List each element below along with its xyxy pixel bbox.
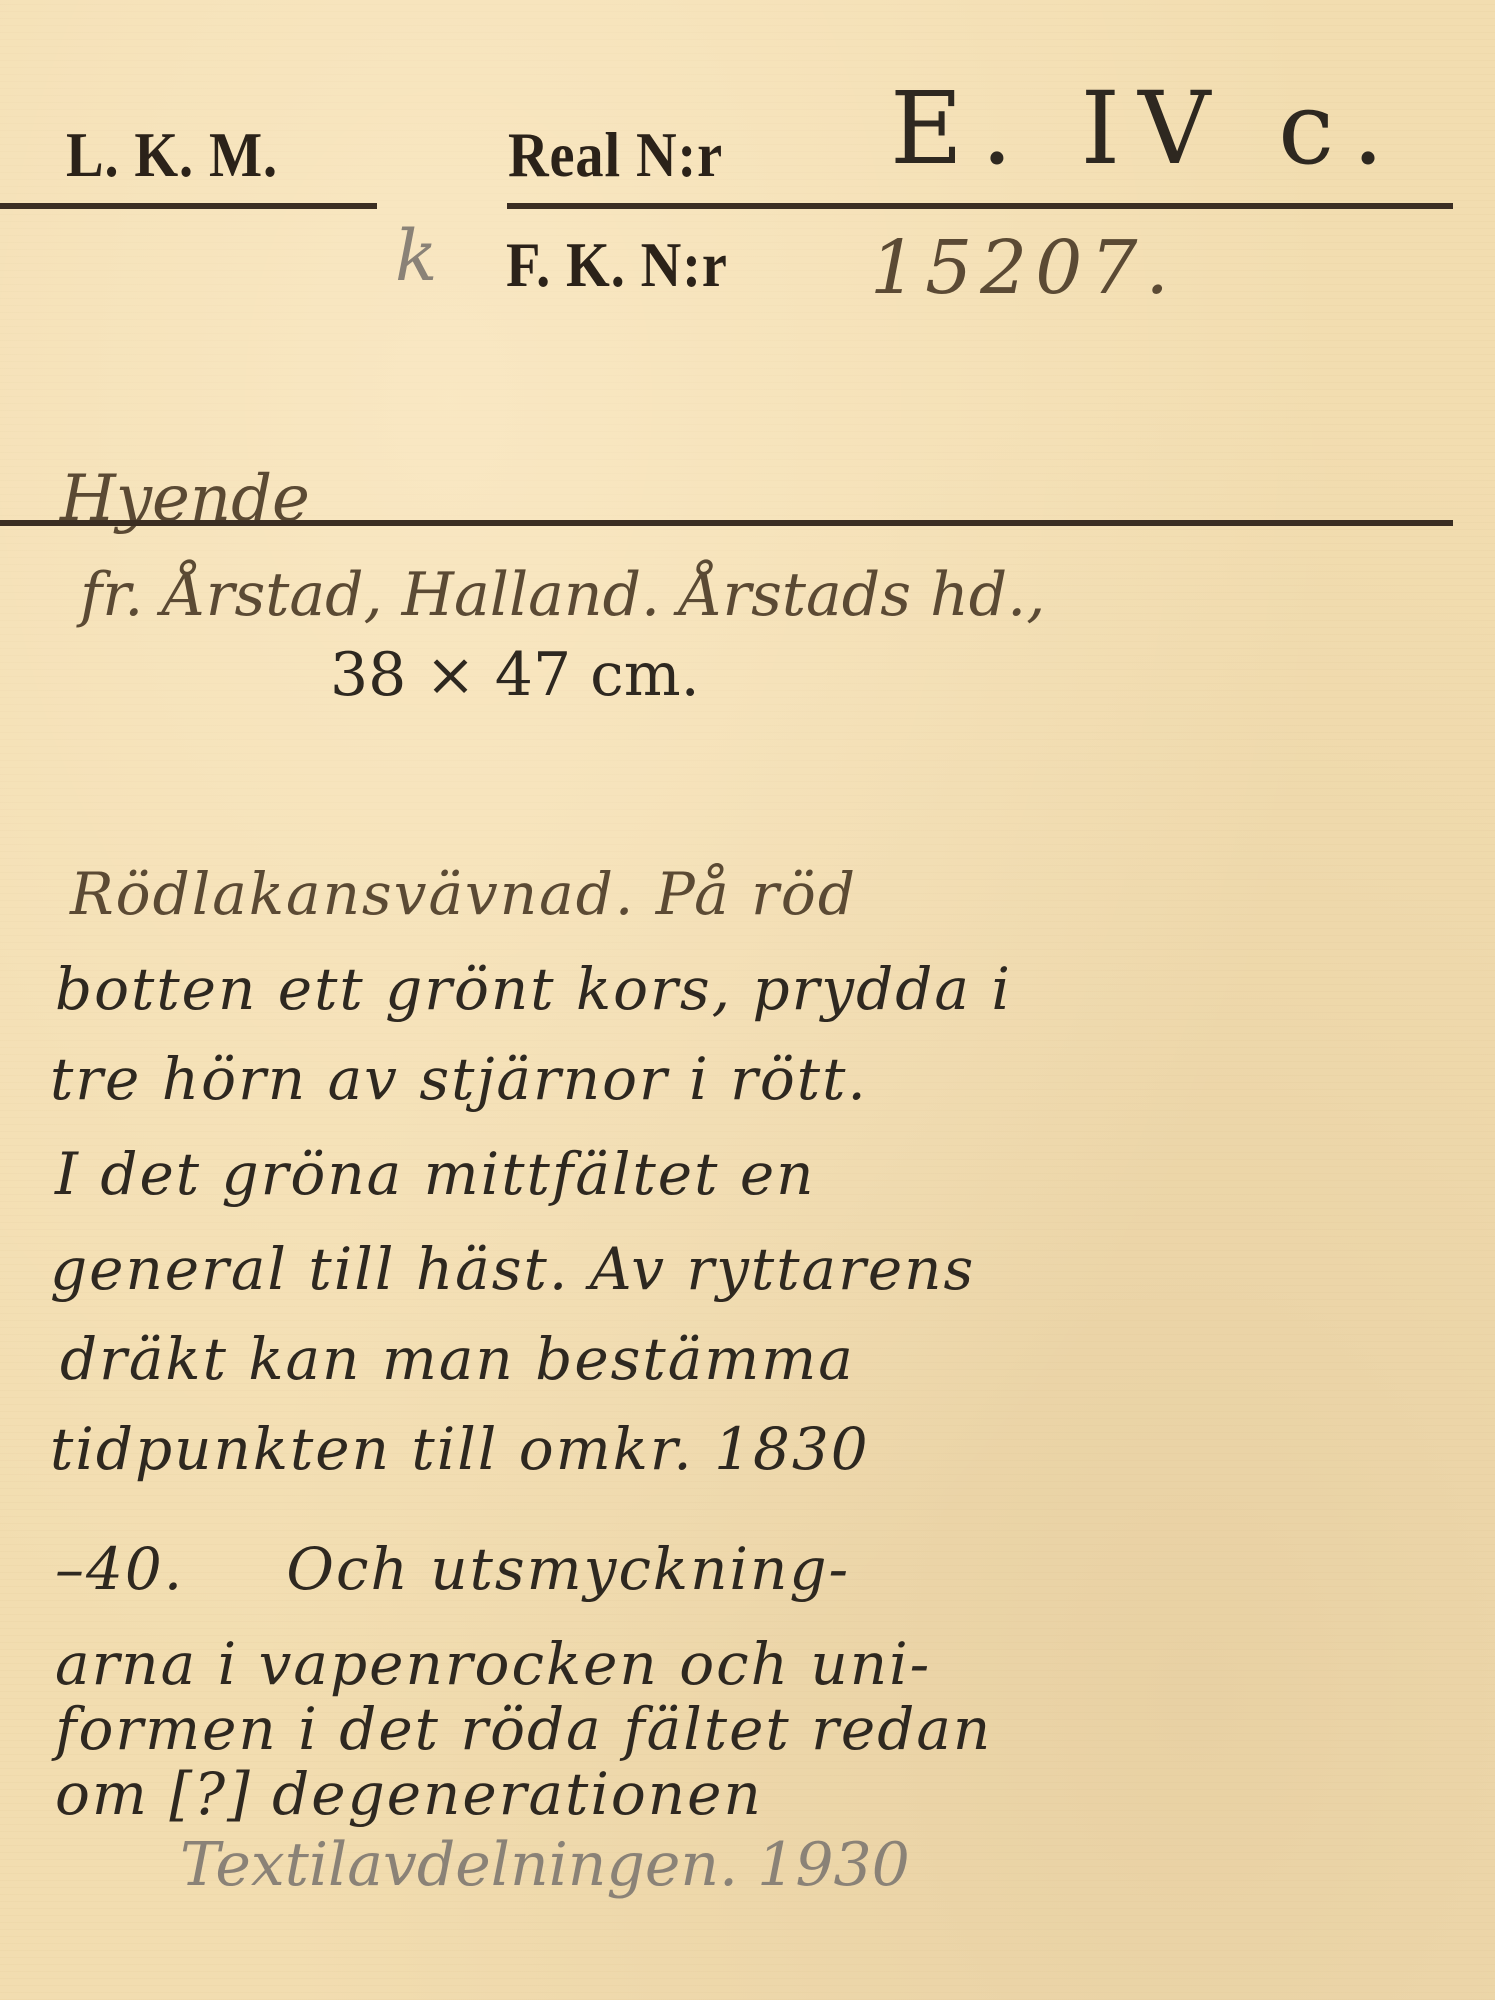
description-line: –40. Och utsmyckning- xyxy=(55,1535,850,1603)
description-line: tre hörn av stjärnor i rött. xyxy=(50,1045,868,1113)
signature: Textilavdelningen. 1930 xyxy=(180,1830,910,1900)
fk-nr-value: 15207. xyxy=(870,225,1177,311)
description-line: dräkt kan man bestämma xyxy=(60,1325,855,1393)
catalog-card: L. K. M. Real N:r E. IV c. k F. K. N:r 1… xyxy=(0,0,1495,2000)
header-rule-right xyxy=(507,203,1453,209)
real-nr-label: Real N:r xyxy=(508,118,723,192)
fk-prefix-mark: k xyxy=(395,215,437,297)
description-line: general till häst. Av ryttarens xyxy=(50,1235,975,1303)
object-dimensions: 38 × 47 cm. xyxy=(330,640,700,710)
header-rule-left xyxy=(0,203,377,209)
title-rule xyxy=(0,520,1453,526)
description-line: botten ett grönt kors, prydda i xyxy=(55,955,1012,1023)
institution-label: L. K. M. xyxy=(66,118,278,192)
description-line: tidpunkten till omkr. 1830 xyxy=(50,1415,870,1483)
description-line: formen i det röda fältet redan xyxy=(55,1695,992,1763)
object-provenance: fr. Årstad, Halland. Årstads hd., xyxy=(80,560,1045,630)
fk-nr-label: F. K. N:r xyxy=(506,228,728,302)
description-line: Rödlakansvävnad. På röd xyxy=(70,860,857,928)
real-nr-value: E. IV c. xyxy=(890,70,1402,187)
description-line: I det gröna mittfältet en xyxy=(55,1140,816,1208)
description-line: arna i vapenrocken och uni- xyxy=(55,1630,931,1698)
description-line: om [?] degenerationen xyxy=(55,1760,763,1828)
